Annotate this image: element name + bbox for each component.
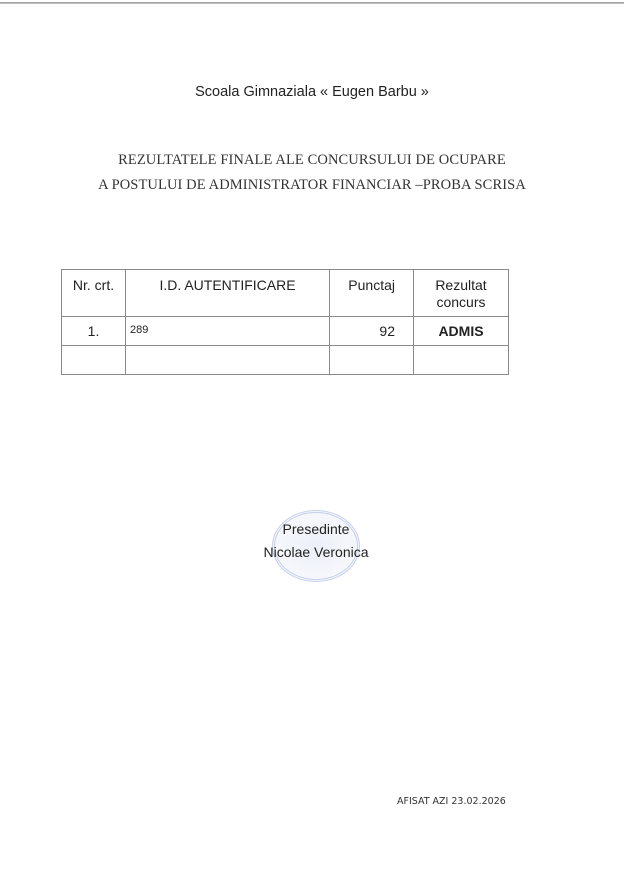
posted-date: AFISAT AZI 23.02.2026 <box>397 796 506 807</box>
cell-rezultat: ADMIS <box>414 317 509 346</box>
col-header-rezultat: Rezultat concurs <box>414 270 509 317</box>
table-row <box>62 346 509 375</box>
cell-punctaj <box>330 346 414 375</box>
col-header-punctaj: Punctaj <box>330 270 414 317</box>
cell-nr <box>62 346 126 375</box>
cell-punctaj: 92 <box>330 317 414 346</box>
col-header-nr: Nr. crt. <box>62 270 126 317</box>
signature-name: Nicolae Veronica <box>4 544 624 560</box>
col-header-rezultat-line1: Rezultat <box>414 277 508 294</box>
table-row: 1. 289 92 ADMIS <box>62 317 509 346</box>
cell-nr: 1. <box>62 317 126 346</box>
results-table: Nr. crt. I.D. AUTENTIFICARE Punctaj Rezu… <box>61 269 509 375</box>
col-header-id: I.D. AUTENTIFICARE <box>126 270 330 317</box>
cell-rezultat <box>414 346 509 375</box>
page-top-edge <box>0 2 624 4</box>
signature-role: Presedinte <box>4 521 624 537</box>
cell-id: 289 <box>126 317 330 346</box>
school-name: Scoala Gimnaziala « Eugen Barbu » <box>0 84 624 100</box>
col-header-rezultat-line2: concurs <box>414 294 508 311</box>
document-title-line2: A POSTULUI DE ADMINISTRATOR FINANCIAR –P… <box>0 177 624 194</box>
table-header-row: Nr. crt. I.D. AUTENTIFICARE Punctaj Rezu… <box>62 270 509 317</box>
document-title-line1: REZULTATELE FINALE ALE CONCURSULUI DE OC… <box>0 152 624 169</box>
cell-id <box>126 346 330 375</box>
